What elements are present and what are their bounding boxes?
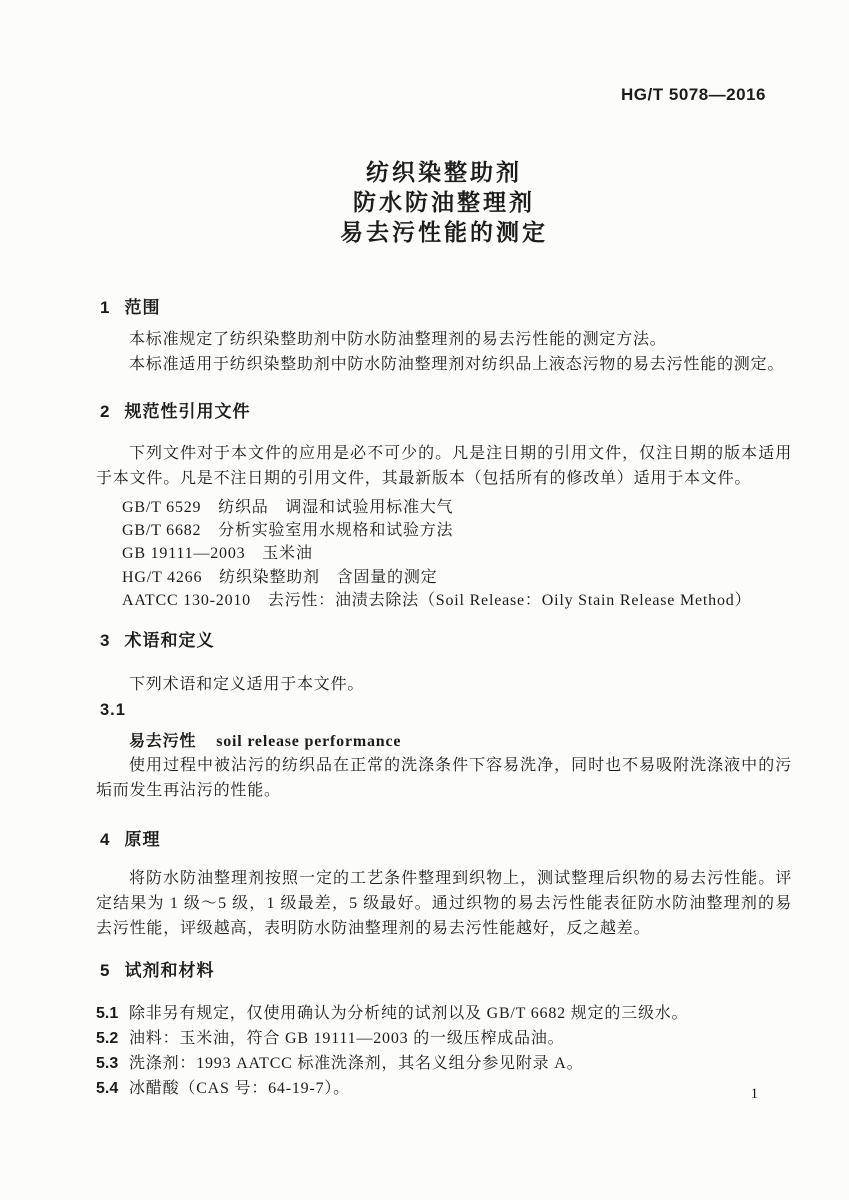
reagent-item: 5.2油料：玉米油，符合 GB 19111—2003 的一级压榨成品油。 xyxy=(96,1026,792,1051)
section-reagents-title: 试剂和材料 xyxy=(124,961,214,980)
section-principle-title: 原理 xyxy=(124,830,160,849)
normative-refs-list: GB/T 6529 纺织品 调湿和试验用标准大气 GB/T 6682 分析实验室… xyxy=(96,496,792,612)
document-title-line-3: 易去污性能的测定 xyxy=(96,217,792,247)
reagent-item-number: 5.1 xyxy=(96,1001,129,1026)
section-reagents-heading: 5试剂和材料 xyxy=(100,956,796,981)
reference-item: GB/T 6682 分析实验室用水规格和试验方法 xyxy=(122,519,792,542)
section-scope-title: 范围 xyxy=(124,298,160,317)
section-terms-heading: 3术语和定义 xyxy=(100,626,796,651)
scope-paragraph-2: 本标准适用于纺织染整助剂中防水防油整理剂对纺织品上液态污物的易去污性能的测定。 xyxy=(96,352,792,377)
section-reagents-number: 5 xyxy=(100,961,109,981)
reagent-item: 5.3洗涤剂：1993 AATCC 标准洗涤剂，其名义组分参见附录 A。 xyxy=(96,1051,792,1076)
normative-refs-intro-text: 下列文件对于本文件的应用是必不可少的。凡是注日期的引用文件，仅注日期的版本适用于… xyxy=(96,441,792,491)
terms-intro: 下列术语和定义适用于本文件。 xyxy=(96,672,792,697)
principle-body: 将防水防油整理剂按照一定的工艺条件整理到织物上，测试整理后织物的易去污性能。评定… xyxy=(96,866,792,941)
term-chinese: 易去污性 xyxy=(129,733,196,750)
document-title-line-2: 防水防油整理剂 xyxy=(96,187,792,217)
section-principle-heading: 4原理 xyxy=(100,825,796,850)
document-title: 纺织染整助剂 防水防油整理剂 易去污性能的测定 xyxy=(96,157,792,247)
section-principle-number: 4 xyxy=(100,830,109,850)
term-subclause-number: 3.1 xyxy=(100,701,126,720)
reagent-item-text: 洗涤剂：1993 AATCC 标准洗涤剂，其名义组分参见附录 A。 xyxy=(129,1055,583,1072)
section-scope-number: 1 xyxy=(100,298,109,318)
term-entry: 易去污性soil release performance xyxy=(96,729,825,754)
page-number: 1 xyxy=(0,1086,758,1103)
section-normative-refs-number: 2 xyxy=(100,402,109,422)
term-definition-text: 使用过程中被沾污的纺织品在正常的洗涤条件下容易洗净，同时也不易吸附洗涤液中的污垢… xyxy=(96,753,792,803)
normative-refs-intro: 下列文件对于本文件的应用是必不可少的。凡是注日期的引用文件，仅注日期的版本适用于… xyxy=(96,441,792,491)
scope-paragraph-1: 本标准规定了纺织染整助剂中防水防油整理剂的易去污性能的测定方法。 xyxy=(96,327,792,352)
reference-item: GB 19111—2003 玉米油 xyxy=(122,542,792,565)
reference-item: GB/T 6529 纺织品 调湿和试验用标准大气 xyxy=(122,496,792,519)
term-definition: 使用过程中被沾污的纺织品在正常的洗涤条件下容易洗净，同时也不易吸附洗涤液中的污垢… xyxy=(96,753,792,803)
reagent-item-number: 5.2 xyxy=(96,1026,129,1051)
document-page: HG/T 5078—2016 纺织染整助剂 防水防油整理剂 易去污性能的测定 1… xyxy=(0,0,849,1200)
reference-item: AATCC 130-2010 去污性：油渍去除法（Soil Release：Oi… xyxy=(122,589,792,612)
section-terms-number: 3 xyxy=(100,631,109,651)
principle-paragraph: 将防水防油整理剂按照一定的工艺条件整理到织物上，测试整理后织物的易去污性能。评定… xyxy=(96,866,792,941)
document-title-line-1: 纺织染整助剂 xyxy=(96,157,792,187)
reagent-item-text: 除非另有规定，仅使用确认为分析纯的试剂以及 GB/T 6682 规定的三级水。 xyxy=(129,1005,688,1022)
reagent-item-text: 油料：玉米油，符合 GB 19111—2003 的一级压榨成品油。 xyxy=(129,1030,564,1047)
terms-intro-text: 下列术语和定义适用于本文件。 xyxy=(96,672,792,697)
term-english: soil release performance xyxy=(216,733,401,750)
section-terms-title: 术语和定义 xyxy=(124,631,214,650)
reagent-item: 5.1除非另有规定，仅使用确认为分析纯的试剂以及 GB/T 6682 规定的三级… xyxy=(96,1001,792,1026)
standard-code: HG/T 5078—2016 xyxy=(0,85,766,105)
reagent-item-number: 5.3 xyxy=(96,1051,129,1076)
section-scope-body: 本标准规定了纺织染整助剂中防水防油整理剂的易去污性能的测定方法。 本标准适用于纺… xyxy=(96,327,792,377)
section-normative-refs-heading: 2规范性引用文件 xyxy=(100,397,796,422)
reference-item: HG/T 4266 纺织染整助剂 含固量的测定 xyxy=(122,566,792,589)
section-scope-heading: 1范围 xyxy=(100,293,796,318)
section-normative-refs-title: 规范性引用文件 xyxy=(124,402,250,421)
